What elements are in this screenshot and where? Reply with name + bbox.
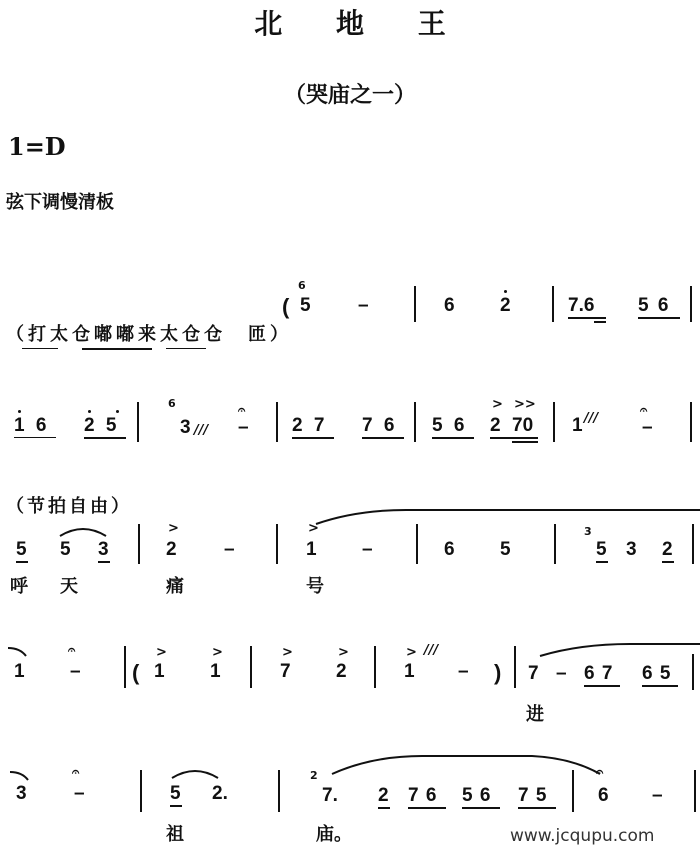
tremolo-mark: /// bbox=[194, 424, 208, 437]
slur-end bbox=[10, 770, 30, 780]
underline bbox=[662, 561, 674, 563]
accent-mark: > bbox=[282, 646, 293, 659]
note-group: 6 5 bbox=[642, 664, 670, 683]
dash: – bbox=[74, 784, 85, 803]
underline bbox=[98, 561, 110, 563]
barline bbox=[278, 770, 280, 812]
accent-mark: > bbox=[406, 646, 417, 659]
fermata-icon: 𝄐 bbox=[72, 766, 79, 779]
underline bbox=[462, 807, 500, 809]
underline bbox=[594, 321, 606, 323]
fermata-icon: 𝄐 bbox=[238, 404, 245, 417]
underline bbox=[16, 561, 28, 563]
note-group: 6 7 bbox=[584, 664, 612, 683]
song-subtitle: （哭庙之一） bbox=[0, 78, 700, 109]
dash: – bbox=[238, 418, 249, 437]
high-octave-dot bbox=[18, 410, 21, 413]
barline bbox=[374, 646, 376, 688]
lyric: 祖 bbox=[166, 826, 184, 844]
note-group: 7.6 bbox=[568, 296, 594, 315]
note: 5 bbox=[170, 784, 181, 803]
barline bbox=[690, 286, 692, 322]
dash: – bbox=[224, 540, 235, 559]
slur-end bbox=[8, 646, 28, 656]
tremolo-mark: /// bbox=[424, 644, 438, 657]
note: 1 bbox=[572, 416, 583, 435]
note: 3 bbox=[98, 540, 109, 559]
accent-mark: > bbox=[168, 522, 179, 535]
underline bbox=[642, 685, 678, 687]
rhythm-instruction: （节拍自由） bbox=[6, 498, 132, 516]
note: 3 bbox=[180, 418, 191, 437]
underline bbox=[82, 348, 152, 350]
barline bbox=[553, 402, 555, 442]
note-group: 7 5 bbox=[518, 786, 546, 805]
underline bbox=[584, 685, 620, 687]
note: 1 bbox=[154, 662, 165, 681]
accent-mark: >> bbox=[514, 398, 536, 411]
high-octave-dot bbox=[116, 410, 119, 413]
barline bbox=[552, 286, 554, 322]
dash: – bbox=[642, 418, 653, 437]
note: 2 bbox=[378, 786, 389, 805]
barline bbox=[250, 646, 252, 688]
slur bbox=[540, 642, 700, 658]
note: 1 bbox=[210, 662, 221, 681]
dash: – bbox=[358, 296, 369, 315]
note-group: 5 6 bbox=[462, 786, 490, 805]
note-group: 2 7 bbox=[292, 416, 324, 435]
barline bbox=[140, 770, 142, 812]
underline bbox=[512, 441, 538, 443]
note: 2 bbox=[490, 416, 501, 435]
underline bbox=[432, 437, 474, 439]
note: 5 bbox=[500, 540, 511, 559]
key-signature: 1=D bbox=[8, 132, 66, 161]
close-paren: ) bbox=[494, 662, 501, 684]
note-group: 5 6 bbox=[432, 416, 464, 435]
watermark: www.jcqupu.com bbox=[510, 826, 654, 846]
lyric: 号 bbox=[306, 578, 324, 596]
note: 5 bbox=[300, 296, 311, 315]
note-group: 5 6 bbox=[638, 296, 668, 315]
barline bbox=[416, 524, 418, 564]
lyric: 庙。 bbox=[316, 826, 352, 844]
note: 7 bbox=[528, 664, 539, 683]
note: 2 bbox=[662, 540, 673, 559]
dash: – bbox=[652, 786, 663, 805]
lyric: 天 bbox=[60, 578, 78, 596]
barline bbox=[276, 402, 278, 442]
tremolo-mark: /// bbox=[584, 412, 598, 425]
barline bbox=[124, 646, 126, 688]
slur bbox=[316, 506, 700, 526]
fermata-icon: 𝄐 bbox=[640, 404, 647, 417]
fermata-icon: 𝄐 bbox=[596, 766, 603, 779]
barline bbox=[138, 524, 140, 564]
barline bbox=[692, 524, 694, 564]
barline bbox=[690, 402, 692, 442]
dash: – bbox=[458, 662, 469, 681]
note-group: 1 6 bbox=[14, 416, 46, 435]
note: 1 bbox=[306, 540, 317, 559]
barline bbox=[514, 646, 516, 688]
accent-mark: > bbox=[492, 398, 503, 411]
note: 5 bbox=[596, 540, 607, 559]
note: 2 bbox=[336, 662, 347, 681]
underline bbox=[22, 348, 58, 349]
underline bbox=[378, 807, 390, 809]
dash: – bbox=[70, 662, 81, 681]
accent-mark: > bbox=[338, 646, 349, 659]
note: 7 bbox=[280, 662, 291, 681]
accent-mark: > bbox=[156, 646, 167, 659]
note: 1 bbox=[404, 662, 415, 681]
underline bbox=[408, 807, 446, 809]
lyric: 痛 bbox=[166, 578, 184, 596]
note: 3 bbox=[626, 540, 637, 559]
tempo-marking: 弦下调慢清板 bbox=[6, 188, 114, 214]
note: 2 bbox=[166, 540, 177, 559]
barline bbox=[414, 402, 416, 442]
underline bbox=[166, 348, 206, 349]
underline bbox=[518, 807, 556, 809]
grace-note: 3 bbox=[584, 526, 592, 537]
note-group: 7 6 bbox=[408, 786, 436, 805]
underline bbox=[14, 437, 56, 438]
barline bbox=[554, 524, 556, 564]
slur bbox=[170, 768, 220, 780]
grace-note: 2 bbox=[310, 770, 318, 781]
note: 70 bbox=[512, 416, 533, 435]
note: 3 bbox=[16, 784, 27, 803]
lyric: 进 bbox=[526, 706, 544, 724]
note: 6 bbox=[598, 786, 609, 805]
barline bbox=[694, 770, 696, 812]
underline bbox=[568, 317, 606, 319]
slur bbox=[58, 526, 108, 538]
underline bbox=[292, 437, 334, 439]
grace-note: 6 bbox=[298, 280, 306, 291]
slur bbox=[332, 752, 602, 776]
note: 5 bbox=[16, 540, 27, 559]
note: 1 bbox=[14, 662, 25, 681]
barline bbox=[276, 524, 278, 564]
open-paren: ( bbox=[132, 662, 139, 684]
grace-note: 6 bbox=[168, 398, 176, 409]
underline bbox=[84, 437, 126, 439]
high-octave-dot bbox=[504, 290, 507, 293]
barline bbox=[692, 654, 694, 690]
note: 6 bbox=[444, 540, 455, 559]
high-octave-dot bbox=[88, 410, 91, 413]
underline bbox=[638, 317, 680, 319]
percussion-syllables: （打太仓嘟嘟来太仓仓 匝） bbox=[6, 326, 292, 344]
song-title: 北 地 王 bbox=[0, 2, 700, 42]
underline bbox=[362, 437, 404, 439]
barline bbox=[137, 402, 139, 442]
accent-mark: > bbox=[212, 646, 223, 659]
note: 5 bbox=[60, 540, 71, 559]
note-group: 2 5 bbox=[84, 416, 116, 435]
lyric: 呼 bbox=[10, 578, 28, 596]
accent-mark: > bbox=[308, 522, 319, 535]
note: 7. bbox=[322, 786, 338, 805]
barline bbox=[414, 286, 416, 322]
note-group: 7 6 bbox=[362, 416, 394, 435]
open-paren: ( bbox=[282, 296, 289, 318]
note: 2. bbox=[212, 784, 228, 803]
barline bbox=[572, 770, 574, 812]
fermata-icon: 𝄐 bbox=[68, 644, 75, 657]
underline bbox=[596, 561, 608, 563]
dash: – bbox=[556, 664, 567, 683]
dash: – bbox=[362, 540, 373, 559]
underline bbox=[170, 805, 182, 807]
note: 6 bbox=[444, 296, 455, 315]
underline bbox=[490, 437, 538, 439]
note: 2 bbox=[500, 296, 511, 315]
